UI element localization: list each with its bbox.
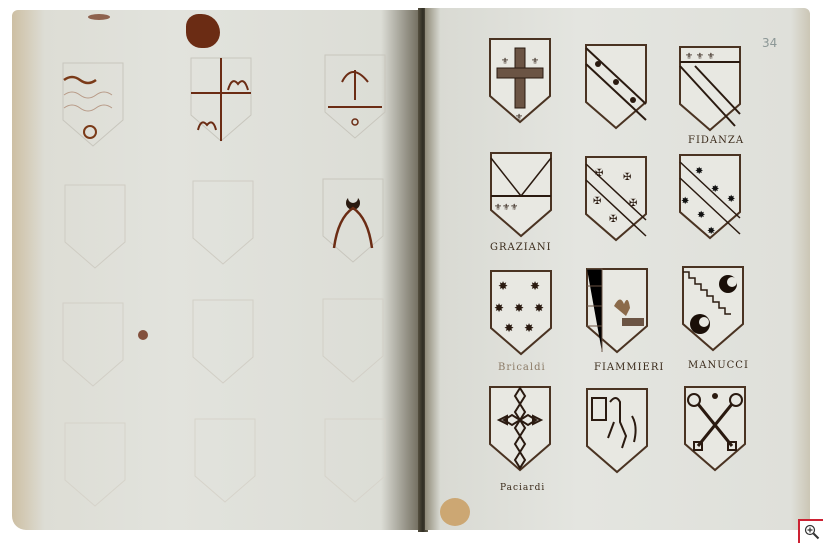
shield-outline (322, 416, 388, 504)
folio-number: 34 (762, 36, 777, 50)
svg-text:✸: ✸ (534, 301, 544, 315)
svg-text:✠: ✠ (593, 196, 601, 207)
svg-text:✸: ✸ (514, 301, 524, 315)
manuscript-photo: 34 ⚜⚜ (0, 0, 823, 543)
ink-stain (88, 14, 110, 20)
shield-outline (60, 60, 126, 148)
shield-outline (190, 178, 256, 266)
coat-of-arms-crossed-keys (682, 384, 748, 472)
magnifier-plus-icon (804, 524, 820, 540)
coat-of-arms-bend-crosses: ✠✠ ✠✠ ✠ (583, 154, 649, 242)
coat-of-arms-lozenge-cross (487, 384, 553, 472)
svg-text:✸: ✸ (711, 184, 719, 195)
svg-text:✸: ✸ (727, 194, 735, 205)
coat-of-arms-fidanza: ⚜ ⚜ ⚜ (677, 44, 743, 132)
shield-outline (62, 420, 128, 508)
coat-of-arms-bend-stars: ✸✸ ✸✸ ✸✸ (677, 152, 743, 240)
svg-text:✸: ✸ (707, 226, 715, 237)
svg-text:✸: ✸ (681, 196, 689, 207)
shield-label: Paciardi (500, 483, 545, 493)
svg-text:⚜⚜⚜: ⚜⚜⚜ (494, 203, 518, 213)
coat-of-arms-flaming-arm (584, 266, 650, 354)
shield-outline (62, 182, 128, 270)
ink-stain (138, 330, 148, 340)
svg-text:✠: ✠ (623, 172, 631, 183)
coat-of-arms-lion-banner (584, 386, 650, 474)
shield-label: FIDANZA (688, 135, 744, 146)
coat-of-arms-cross: ⚜⚜ ⚜ (487, 36, 553, 124)
svg-text:✸: ✸ (530, 279, 540, 293)
svg-text:⚜: ⚜ (515, 113, 523, 123)
coat-of-arms-stars: ✸✸ ✸✸✸ ✸✸ (488, 268, 554, 356)
svg-text:✠: ✠ (609, 214, 617, 225)
shield-label: Bricaldi (498, 362, 546, 373)
coat-of-arms-bend-crescents (583, 42, 649, 130)
shield-label: GRAZIANI (490, 242, 552, 253)
shield-outline (320, 296, 386, 384)
shield-label: MANUCCI (688, 360, 749, 371)
ink-stain (186, 14, 220, 48)
svg-text:✸: ✸ (697, 210, 705, 221)
zoom-button[interactable] (798, 519, 823, 543)
svg-text:✠: ✠ (629, 198, 637, 209)
svg-text:✠: ✠ (595, 168, 603, 179)
shield-outline (322, 52, 388, 140)
shield-label: FIAMMIERI (594, 362, 664, 373)
shield-outline (320, 176, 386, 264)
shield-outline (192, 416, 258, 504)
svg-text:⚜: ⚜ (501, 57, 509, 67)
svg-text:✸: ✸ (524, 321, 534, 335)
svg-text:✸: ✸ (498, 279, 508, 293)
shield-outline (188, 55, 254, 143)
svg-text:⚜: ⚜ (531, 57, 539, 67)
shield-outline (60, 300, 126, 388)
svg-text:✸: ✸ (695, 166, 703, 177)
shield-outline (190, 297, 256, 385)
svg-text:✸: ✸ (494, 301, 504, 315)
svg-text:✸: ✸ (504, 321, 514, 335)
water-stain (440, 498, 470, 526)
coat-of-arms-manucci (680, 264, 746, 352)
svg-text:⚜ ⚜ ⚜: ⚜ ⚜ ⚜ (685, 52, 715, 62)
coat-of-arms-graziani: ⚜⚜⚜ (488, 150, 554, 238)
